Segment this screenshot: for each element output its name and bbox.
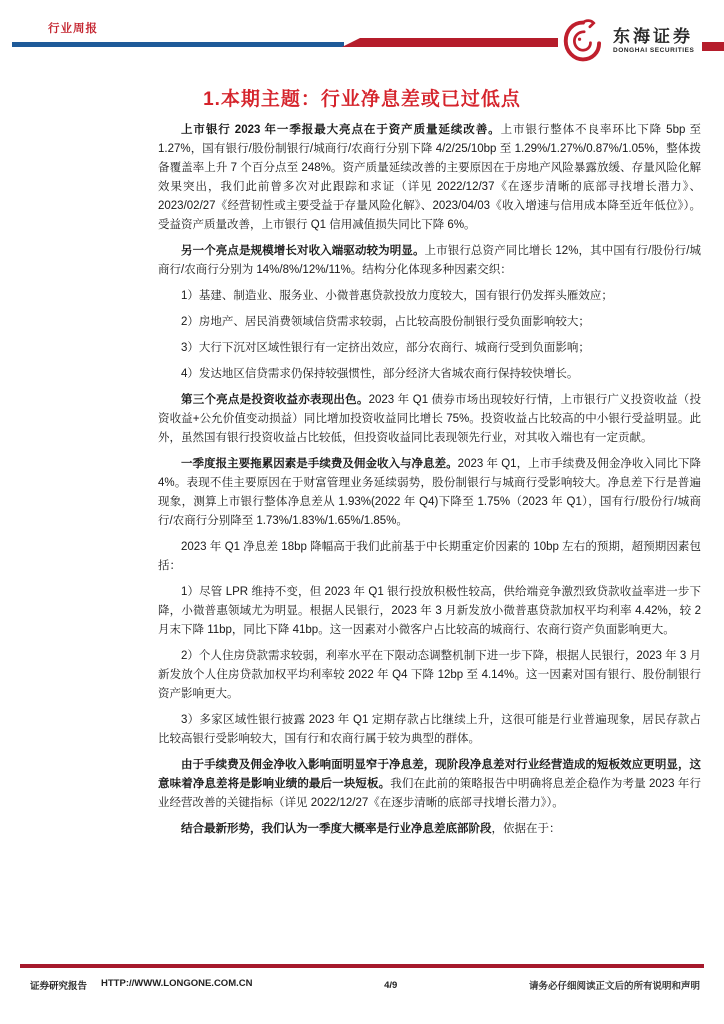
paragraph-lead-bold: 结合最新形势，我们认为一季度大概率是行业净息差底部阶段 [181,823,492,835]
body-paragraph: 由于手续费及佣金净收入影响面明显窄于净息差，现阶段净息差对行业经营造成的短板效应… [158,756,701,813]
body-paragraph: 2023 年 Q1 净息差 18bp 降幅高于我们此前基于中长期重定价因素的 1… [158,538,701,576]
paragraph-lead-bold: 另一个亮点是规模增长对收入端驱动较为明显。 [181,245,425,257]
body-list-item: 1）尽管 LPR 维持不变，但 2023 年 Q1 银行投放积极性较高，供给端竞… [158,583,701,640]
header-rule-red [342,38,558,47]
paragraph-text: 3）大行下沉对区域性银行有一定挤出效应，部分农商行、城商行受到负面影响； [181,342,590,354]
body-list-item: 3）大行下沉对区域性银行有一定挤出效应，部分农商行、城商行受到负面影响； [158,339,701,358]
section-title: 1.本期主题：行业净息差或已过低点 [0,84,724,111]
body-paragraph: 上市银行 2023 年一季报最大亮点在于资产质量延续改善。上市银行整体不良率环比… [158,121,701,235]
body-paragraph: 另一个亮点是规模增长对收入端驱动较为明显。上市银行总资产同比增长 12%，其中国… [158,242,701,280]
dragon-circle-icon [560,18,606,64]
footer-site-url[interactable]: HTTP://WWW.LONGONE.COM.CN [101,978,252,992]
report-page: 行业周报 东海证券 DONGHAI SECURITIES 1.本期主题：行业净息… [0,0,724,1024]
paragraph-text: 2）房地产、居民消费领域信贷需求较弱，占比较高股份制银行受负面影响较大； [181,316,590,328]
paragraph-text: 2）个人住房贷款需求较弱，利率水平在下限动态调整机制下进一步下降，根据人民银行，… [158,650,701,700]
footer-disclaimer: 请务必仔细阅读正文后的所有说明和声明 [529,978,700,992]
header-rule-blue [12,42,344,47]
brand-name-cn: 东海证券 [613,28,694,47]
body-list-item: 2）房地产、居民消费领域信贷需求较弱，占比较高股份制银行受负面影响较大； [158,313,701,332]
body-list-item: 3）多家区域性银行披露 2023 年 Q1 定期存款占比继续上升，这很可能是行业… [158,711,701,749]
body-paragraph: 第三个亮点是投资收益亦表现出色。2023 年 Q1 债券市场出现较好行情，上市银… [158,391,701,448]
paragraph-lead-bold: 上市银行 2023 年一季报最大亮点在于资产质量延续改善。 [181,124,501,136]
footer: 证券研究报告 HTTP://WWW.LONGONE.COM.CN 4/9 请务必… [30,978,700,992]
paragraph-text: 1）基建、制造业、服务业、小微普惠贷款投放力度较大，国有银行仍发挥头雁效应； [181,290,613,302]
brand-name-en: DONGHAI SECURITIES [613,47,694,54]
paragraph-text: ，依据在于： [492,823,561,835]
paragraph-lead-bold: 第三个亮点是投资收益亦表现出色。 [181,394,369,406]
page-number: 4/9 [252,980,529,991]
paragraph-lead-bold: 一季度报主要拖累因素是手续费及佣金收入与净息差。 [181,458,458,470]
paragraph-text: 1）尽管 LPR 维持不变，但 2023 年 Q1 银行投放积极性较高，供给端竞… [158,586,701,636]
body-list-item: 2）个人住房贷款需求较弱，利率水平在下限动态调整机制下进一步下降，根据人民银行，… [158,647,701,704]
paragraph-text: 3）多家区域性银行披露 2023 年 Q1 定期存款占比继续上升，这很可能是行业… [158,714,701,745]
body-list-item: 4）发达地区信贷需求仍保持较强惯性，部分经济大省城农商行保持较快增长。 [158,365,701,384]
body-paragraph: 结合最新形势，我们认为一季度大概率是行业净息差底部阶段，依据在于： [158,820,701,839]
paragraph-text: 4）发达地区信贷需求仍保持较强惯性，部分经济大省城农商行保持较快增长。 [181,368,578,380]
paragraph-text: 上市银行整体不良率环比下降 5bp 至 1.27%，国有银行/股份制银行/城商行… [158,124,701,231]
brand-logo: 东海证券 DONGHAI SECURITIES [560,18,694,64]
header-rule-red-right [702,42,724,51]
report-category-label: 行业周报 [48,20,98,36]
body-list-item: 1）基建、制造业、服务业、小微普惠贷款投放力度较大，国有银行仍发挥头雁效应； [158,287,701,306]
paragraph-text: 2023 年 Q1 净息差 18bp 降幅高于我们此前基于中长期重定价因素的 1… [158,541,701,572]
report-body: 上市银行 2023 年一季报最大亮点在于资产质量延续改善。上市银行整体不良率环比… [158,121,701,846]
footer-report-label: 证券研究报告 [30,978,87,992]
footer-rule [20,964,704,968]
body-paragraph: 一季度报主要拖累因素是手续费及佣金收入与净息差。2023 年 Q1，上市手续费及… [158,455,701,531]
